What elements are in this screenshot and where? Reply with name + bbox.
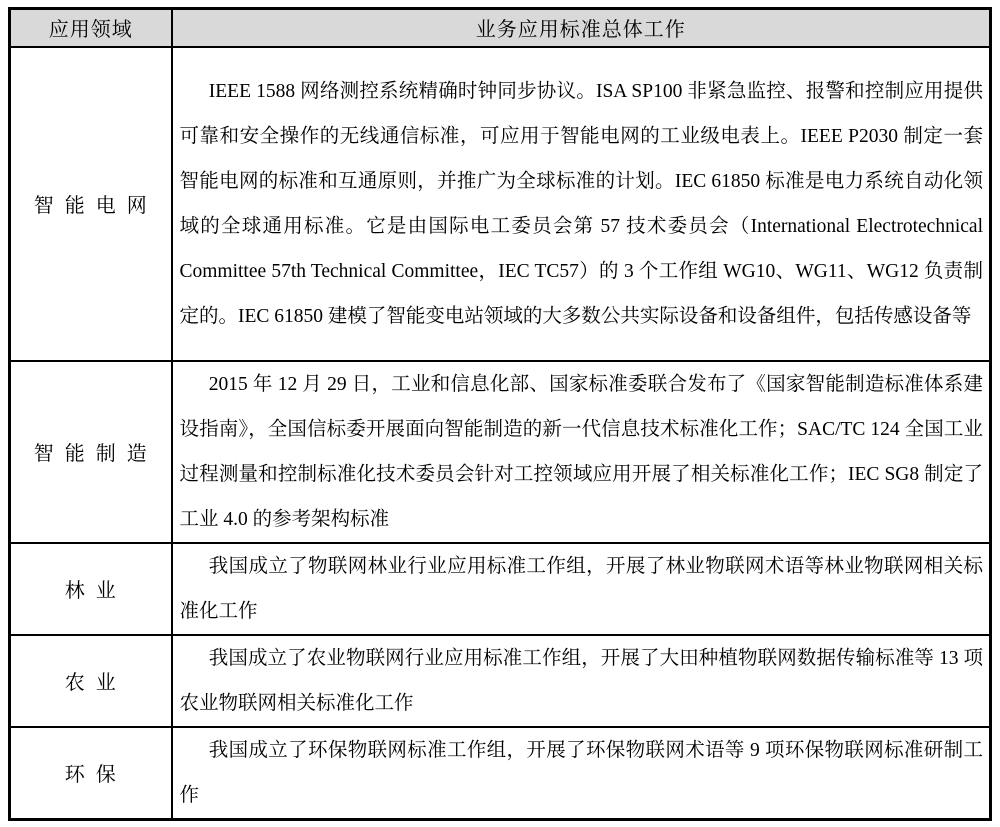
row-content-agriculture: 我国成立了农业物联网行业应用标准工作组，开展了大田种植物联网数据传输标准等 13… bbox=[172, 635, 991, 727]
document-page: 应用领域 业务应用标准总体工作 智能电网 IEEE 1588 网络测控系统精确时… bbox=[0, 0, 1000, 827]
row-content-forestry: 我国成立了物联网林业行业应用标准工作组，开展了林业物联网术语等林业物联网相关标准… bbox=[172, 543, 991, 635]
column-header-application-field: 应用领域 bbox=[10, 9, 172, 47]
row-label-environmental-protection: 环保 bbox=[10, 727, 172, 820]
table-row: 环保 我国成立了环保物联网标准工作组，开展了环保物联网术语等 9 项环保物联网标… bbox=[10, 727, 991, 820]
table-row: 智能制造 2015 年 12 月 29 日，工业和信息化部、国家标准委联合发布了… bbox=[10, 361, 991, 543]
header-row: 应用领域 业务应用标准总体工作 bbox=[10, 9, 991, 47]
row-content-smart-manufacturing: 2015 年 12 月 29 日，工业和信息化部、国家标准委联合发布了《国家智能… bbox=[172, 361, 991, 543]
row-content-environmental-protection: 我国成立了环保物联网标准工作组，开展了环保物联网术语等 9 项环保物联网标准研制… bbox=[172, 727, 991, 820]
column-header-standard-work: 业务应用标准总体工作 bbox=[172, 9, 991, 47]
table-row: 林业 我国成立了物联网林业行业应用标准工作组，开展了林业物联网术语等林业物联网相… bbox=[10, 543, 991, 635]
table-row: 农业 我国成立了农业物联网行业应用标准工作组，开展了大田种植物联网数据传输标准等… bbox=[10, 635, 991, 727]
row-label-smart-grid: 智能电网 bbox=[10, 47, 172, 361]
row-content-smart-grid: IEEE 1588 网络测控系统精确时钟同步协议。ISA SP100 非紧急监控… bbox=[172, 47, 991, 361]
row-label-smart-manufacturing: 智能制造 bbox=[10, 361, 172, 543]
standards-table: 应用领域 业务应用标准总体工作 智能电网 IEEE 1588 网络测控系统精确时… bbox=[8, 7, 992, 821]
row-label-forestry: 林业 bbox=[10, 543, 172, 635]
table-row: 智能电网 IEEE 1588 网络测控系统精确时钟同步协议。ISA SP100 … bbox=[10, 47, 991, 361]
row-label-agriculture: 农业 bbox=[10, 635, 172, 727]
